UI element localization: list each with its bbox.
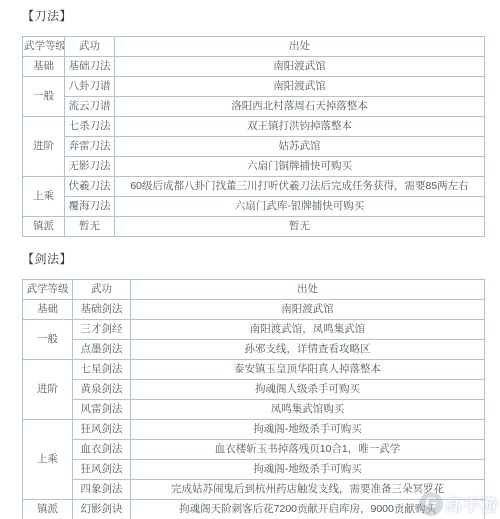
table-row: 流云刀谱洛阳西北村落周石天掉落整本 [23, 97, 485, 117]
skill-cell: 七杀刀法 [65, 117, 115, 137]
table-row: 上乘狂风剑法拘魂阁-地级杀手可购买 [23, 420, 485, 440]
level-cell: 基础 [23, 57, 65, 77]
skill-cell: 伏羲刀法 [65, 177, 115, 197]
source-cell: 血衣楼斩玉书掉落残页10合1，唯一武学 [131, 440, 485, 460]
level-cell: 镇派 [23, 500, 73, 519]
section-title: 【剑法】 [22, 250, 485, 267]
table-row: 黄泉剑法拘魂阁人级杀手可购买 [23, 380, 485, 400]
level-cell: 上乘 [23, 177, 65, 217]
table-row: 镇派幻影剑诀拘魂阁天阶刺客后花7200贡献开启库房，9000贡献购买 [23, 500, 485, 519]
skill-section: 【剑法】武学等级武功出处基础基础剑法南阳渡武馆一般三才剑经南阳渡武馆，凤鸣集武馆… [22, 250, 485, 519]
column-header: 出处 [131, 280, 485, 300]
source-cell: 拘魂阁-地级杀手可购买 [131, 460, 485, 480]
header-row: 武学等级武功出处 [23, 37, 485, 57]
skill-section: 【刀法】武学等级武功出处基础基础刀法南阳渡武馆一般八卦刀谱南阳渡武馆流云刀谱洛阳… [22, 7, 485, 237]
source-cell: 南阳渡武馆 [115, 77, 485, 97]
column-header: 出处 [115, 37, 485, 57]
skill-cell: 基础剑法 [73, 300, 131, 320]
level-cell: 上乘 [23, 420, 73, 500]
guide-article: 【刀法】武学等级武功出处基础基础刀法南阳渡武馆一般八卦刀谱南阳渡武馆流云刀谱洛阳… [0, 0, 500, 519]
source-cell: 拘魂阁人级杀手可购买 [131, 380, 485, 400]
table-row: 一般八卦刀谱南阳渡武馆 [23, 77, 485, 97]
level-cell: 进阶 [23, 360, 73, 420]
skill-cell: 流云刀谱 [65, 97, 115, 117]
table-body: 基础基础刀法南阳渡武馆一般八卦刀谱南阳渡武馆流云刀谱洛阳西北村落周石天掉落整本进… [23, 57, 485, 237]
table-row: 一般三才剑经南阳渡武馆，凤鸣集武馆 [23, 320, 485, 340]
table-row: 四象剑法完成姑苏闹鬼后到杭州药店触发支线，需要准备三朵冥罗花 [23, 480, 485, 500]
column-header: 武功 [65, 37, 115, 57]
level-cell: 基础 [23, 300, 73, 320]
skill-cell: 血衣剑法 [73, 440, 131, 460]
source-cell: 南阳渡武馆，凤鸣集武馆 [131, 320, 485, 340]
level-cell: 一般 [23, 320, 73, 360]
table-row: 血衣剑法血衣楼斩玉书掉落残页10合1，唯一武学 [23, 440, 485, 460]
skill-cell: 七星剑法 [73, 360, 131, 380]
table-row: 进阶七杀刀法双王镇打洪钧掉落整本 [23, 117, 485, 137]
source-cell: 姑苏武馆 [115, 137, 485, 157]
skill-cell: 暂无 [65, 217, 115, 237]
source-cell: 拘魂阁-地级杀手可购买 [131, 420, 485, 440]
table-row: 无影刀法六扇门铜牌捕快可购买 [23, 157, 485, 177]
sections-root: 【刀法】武学等级武功出处基础基础刀法南阳渡武馆一般八卦刀谱南阳渡武馆流云刀谱洛阳… [22, 7, 485, 519]
skill-cell: 四象剑法 [73, 480, 131, 500]
column-header: 武学等级 [23, 280, 73, 300]
source-cell: 泰安镇玉皇顶华阳真人掉落整本 [131, 360, 485, 380]
table-row: 风雷剑法凤鸣集武馆购买 [23, 400, 485, 420]
source-cell: 六扇门武库-银牌捕快可购买 [115, 197, 485, 217]
skill-table: 武学等级武功出处基础基础剑法南阳渡武馆一般三才剑经南阳渡武馆，凤鸣集武馆点墨剑法… [22, 279, 485, 519]
skill-cell: 三才剑经 [73, 320, 131, 340]
source-cell: 六扇门铜牌捕快可购买 [115, 157, 485, 177]
source-cell: 凤鸣集武馆购买 [131, 400, 485, 420]
source-cell: 洛阳西北村落周石天掉落整本 [115, 97, 485, 117]
skill-cell: 风雷剑法 [73, 400, 131, 420]
table-row: 奔雷刀法姑苏武馆 [23, 137, 485, 157]
skill-cell: 奔雷刀法 [65, 137, 115, 157]
skill-cell: 点墨剑法 [73, 340, 131, 360]
skill-cell: 黄泉剑法 [73, 380, 131, 400]
level-cell: 镇派 [23, 217, 65, 237]
skill-cell: 覆海刀法 [65, 197, 115, 217]
source-cell: 暂无 [115, 217, 485, 237]
table-row: 狂风剑法拘魂阁-地级杀手可购买 [23, 460, 485, 480]
table-row: 基础基础刀法南阳渡武馆 [23, 57, 485, 77]
table-row: 进阶七星剑法泰安镇玉皇顶华阳真人掉落整本 [23, 360, 485, 380]
source-cell: 南阳渡武馆 [131, 300, 485, 320]
table-row: 点墨剑法孙邪支线，详情查看攻略区 [23, 340, 485, 360]
skill-cell: 狂风剑法 [73, 420, 131, 440]
source-cell: 完成姑苏闹鬼后到杭州药店触发支线，需要准备三朵冥罗花 [131, 480, 485, 500]
skill-cell: 八卦刀谱 [65, 77, 115, 97]
skill-cell: 狂风剑法 [73, 460, 131, 480]
table-body: 基础基础剑法南阳渡武馆一般三才剑经南阳渡武馆，凤鸣集武馆点墨剑法孙邪支线，详情查… [23, 300, 485, 519]
source-cell: 南阳渡武馆 [115, 57, 485, 77]
column-header: 武功 [73, 280, 131, 300]
skill-table: 武学等级武功出处基础基础刀法南阳渡武馆一般八卦刀谱南阳渡武馆流云刀谱洛阳西北村落… [22, 36, 485, 237]
section-title: 【刀法】 [22, 7, 485, 24]
table-row: 镇派暂无暂无 [23, 217, 485, 237]
header-row: 武学等级武功出处 [23, 280, 485, 300]
source-cell: 双王镇打洪钧掉落整本 [115, 117, 485, 137]
level-cell: 进阶 [23, 117, 65, 177]
skill-cell: 幻影剑诀 [73, 500, 131, 519]
table-row: 基础基础剑法南阳渡武馆 [23, 300, 485, 320]
skill-cell: 无影刀法 [65, 157, 115, 177]
table-row: 上乘伏羲刀法60级后成都八卦门找董三川打听伏羲刀法后完成任务获得，需要85两左右 [23, 177, 485, 197]
source-cell: 60级后成都八卦门找董三川打听伏羲刀法后完成任务获得，需要85两左右 [115, 177, 485, 197]
table-head: 武学等级武功出处 [23, 280, 485, 300]
level-cell: 一般 [23, 77, 65, 117]
table-head: 武学等级武功出处 [23, 37, 485, 57]
skill-cell: 基础刀法 [65, 57, 115, 77]
column-header: 武学等级 [23, 37, 65, 57]
source-cell: 拘魂阁天阶刺客后花7200贡献开启库房，9000贡献购买 [131, 500, 485, 519]
source-cell: 孙邪支线，详情查看攻略区 [131, 340, 485, 360]
table-row: 覆海刀法六扇门武库-银牌捕快可购买 [23, 197, 485, 217]
